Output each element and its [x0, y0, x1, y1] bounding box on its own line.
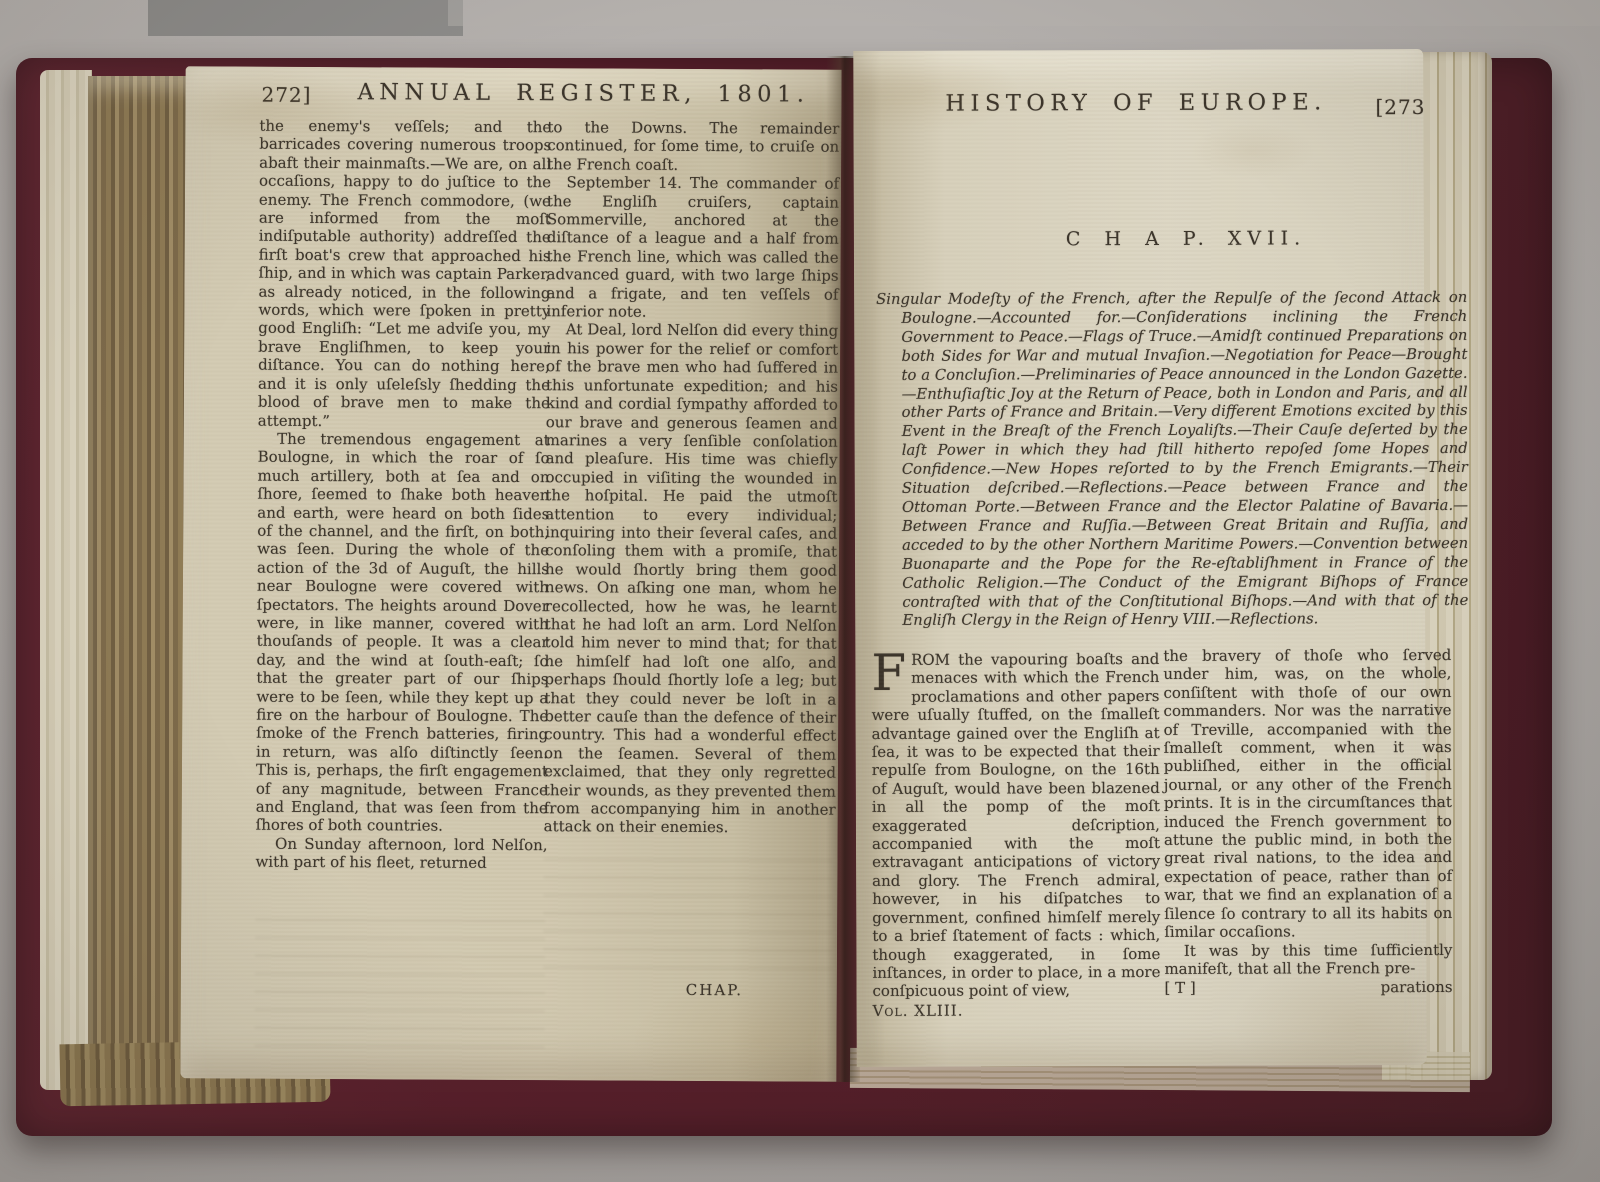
chapter-heading: C H A P. XVII. — [1066, 227, 1306, 250]
drop-cap: F — [871, 651, 911, 693]
book-photo: 272] ANNUAL REGISTER, 1801. the enemy's … — [0, 0, 1600, 1182]
left-page: 272] ANNUAL REGISTER, 1801. the enemy's … — [180, 66, 841, 1081]
paragraph-text: ROM the vapouring boaſts and menaces wit… — [872, 650, 1161, 1000]
left-running-title: ANNUAL REGISTER, 1801. — [357, 79, 809, 107]
paragraph: On Sunday afternoon, lord Nelſon, with p… — [255, 835, 547, 873]
paragraph: It was by this time ſufficiently manifeſ… — [1164, 940, 1452, 978]
catchword: CHAP. — [686, 981, 743, 999]
chapter-summary: Singular Modeſty of the French, after th… — [876, 289, 1468, 631]
paragraph: to the Downs. The remainder continued, f… — [547, 118, 839, 175]
paragraph: FROM the vapouring boaſts and menaces wi… — [871, 650, 1160, 1001]
show-through-text — [543, 858, 834, 970]
gathering-signature: [ T ] — [1164, 979, 1195, 998]
volume-signature: Vol. XLIII. — [873, 1001, 1161, 1020]
left-column-2: to the Downs. The remainder continued, f… — [544, 118, 840, 837]
right-running-title: HISTORY OF EUROPE. — [945, 89, 1326, 116]
paragraph: September 14. The commander of the Engli… — [546, 173, 839, 322]
background-shadow-block — [148, 0, 463, 36]
right-page: HISTORY OF EUROPE. [273 C H A P. XVII. S… — [853, 49, 1427, 1067]
paragraph: the enemy's veſſels; and the barricades … — [258, 117, 552, 431]
right-column-1: FROM the vapouring boaſts and menaces wi… — [871, 650, 1160, 1020]
show-through-text — [255, 907, 546, 1049]
paragraph: The tremendous engagement at Boulogne, i… — [256, 430, 550, 836]
right-column-2: the bravery of thoſe who ſerved under hi… — [1163, 646, 1452, 998]
page-edges-left-cream — [40, 70, 92, 1090]
catchword: parations — [1381, 978, 1453, 997]
paragraph: At Deal, lord Nelſon did every thing in … — [544, 321, 839, 838]
right-page-number: [273 — [1375, 95, 1425, 119]
left-column-1: the enemy's veſſels; and the barricades … — [255, 117, 551, 873]
background-highlight — [448, 0, 1600, 26]
left-page-number: 272] — [261, 83, 311, 107]
signature-line: [ T ] parations — [1164, 978, 1452, 997]
paragraph: the bravery of thoſe who ſerved under hi… — [1163, 646, 1452, 942]
